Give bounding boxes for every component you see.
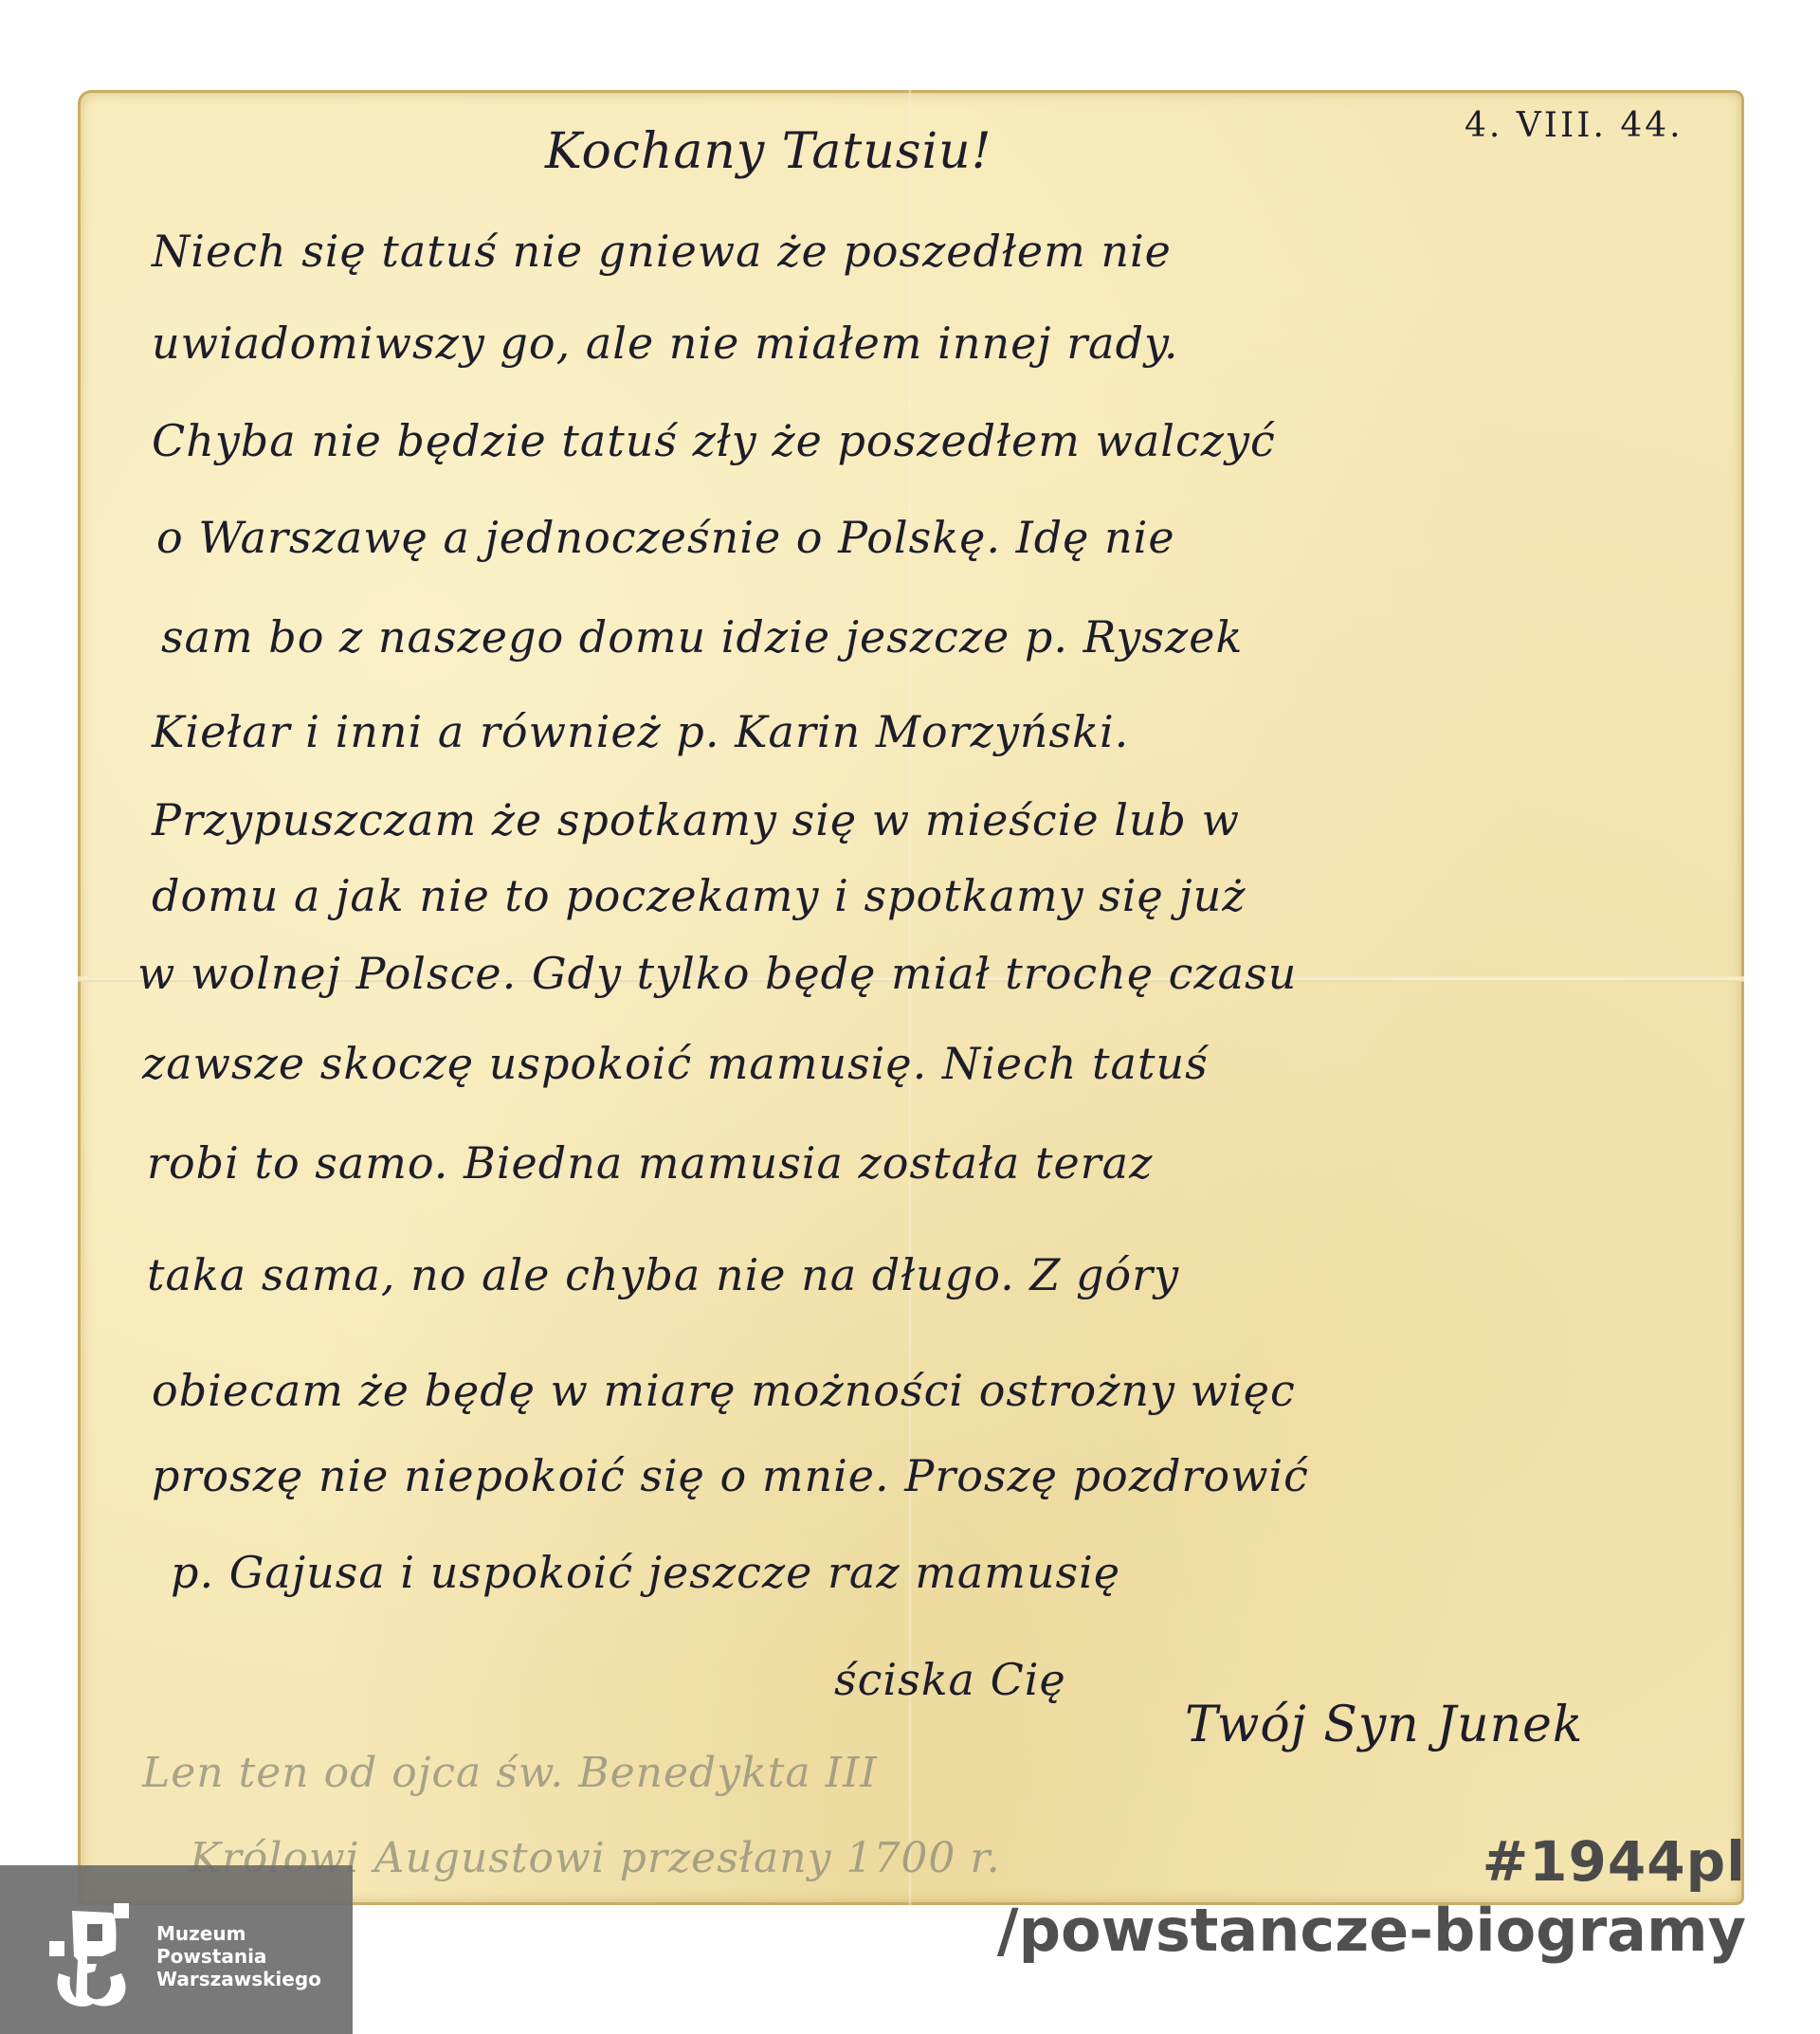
museum-name: Muzeum Powstania Warszawskiego [156, 1922, 321, 1990]
hashtag-watermark: #1944pl [1483, 1829, 1746, 1894]
letter-line: Przypuszczam że spotkamy się w mieście l… [152, 794, 1240, 845]
letter-line: obiecam że będę w miarę możności ostrożn… [152, 1365, 1296, 1416]
letter-line: p. Gajusa i uspokoić jeszcze raz mamusię [171, 1547, 1120, 1598]
letter-line: zawsze skoczę uspokoić mamusię. Niech ta… [142, 1038, 1209, 1089]
letter-signature: Twój Syn Junek [1185, 1697, 1583, 1753]
letter-line: proszę nie niepokoić się o mnie. Proszę … [152, 1450, 1309, 1501]
letter-line: domu a jak nie to poczekamy i spotkamy s… [152, 870, 1247, 921]
letter-line: taka sama, no ale chyba nie na długo. Z … [147, 1249, 1179, 1300]
museum-name-line: Warszawskiego [156, 1968, 321, 1990]
letter-closing: ściska Cię [834, 1654, 1066, 1705]
letter-line: robi to samo. Biedna mamusia została ter… [147, 1137, 1153, 1189]
letter-line: Chyba nie będzie tatuś zły że poszedłem … [152, 415, 1276, 466]
letter-line: uwiadomiwszy go, ale nie miałem innej ra… [152, 318, 1179, 369]
museum-name-line: Muzeum [156, 1922, 321, 1945]
letter-greeting: Kochany Tatusiu! [545, 123, 992, 180]
letter-line: Niech się tatuś nie gniewa że poszedłem … [152, 226, 1172, 277]
letter-line: o Warszawę a jednocześnie o Polskę. Idę … [156, 512, 1175, 563]
letter-line: Kiełar i inni a również p. Karin Morzyńs… [152, 706, 1129, 757]
museum-logo-watermark: Muzeum Powstania Warszawskiego [0, 1865, 353, 2034]
letter-date: 4. VIII. 44. [1465, 106, 1683, 145]
path-watermark: /powstancze-biogramy [997, 1896, 1746, 1965]
pencil-note-line: Len ten od ojca św. Benedykta III [142, 1749, 878, 1797]
letter-line: sam bo z naszego domu idzie jeszcze p. R… [161, 611, 1243, 663]
polska-walczaca-anchor-icon [45, 1903, 140, 2007]
letter-line: w wolnej Polsce. Gdy tylko będę miał tro… [137, 948, 1297, 999]
museum-name-line: Powstania [156, 1945, 321, 1968]
